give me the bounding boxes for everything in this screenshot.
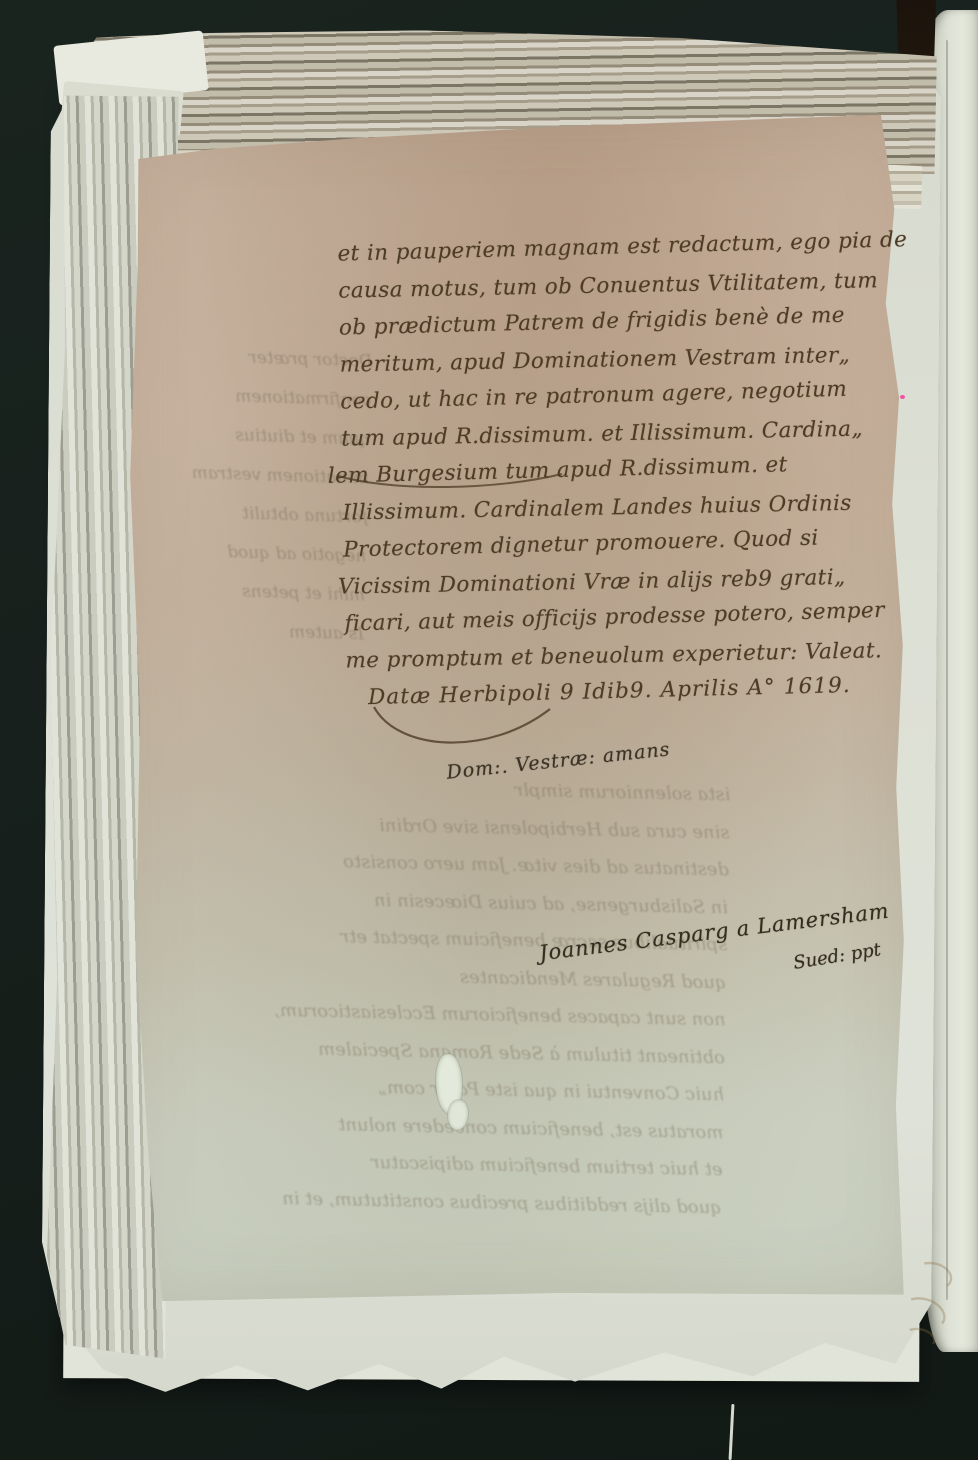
letter-body-text: et in pauperiem magnam est redactum, ego… [337,230,928,722]
pink-marker-speck [900,395,905,399]
paper-fiber-thread [729,1404,734,1460]
page-crease [946,40,948,1300]
manuscript-photo: Doctor præterconfirmationemquam et diuti… [0,0,978,1460]
